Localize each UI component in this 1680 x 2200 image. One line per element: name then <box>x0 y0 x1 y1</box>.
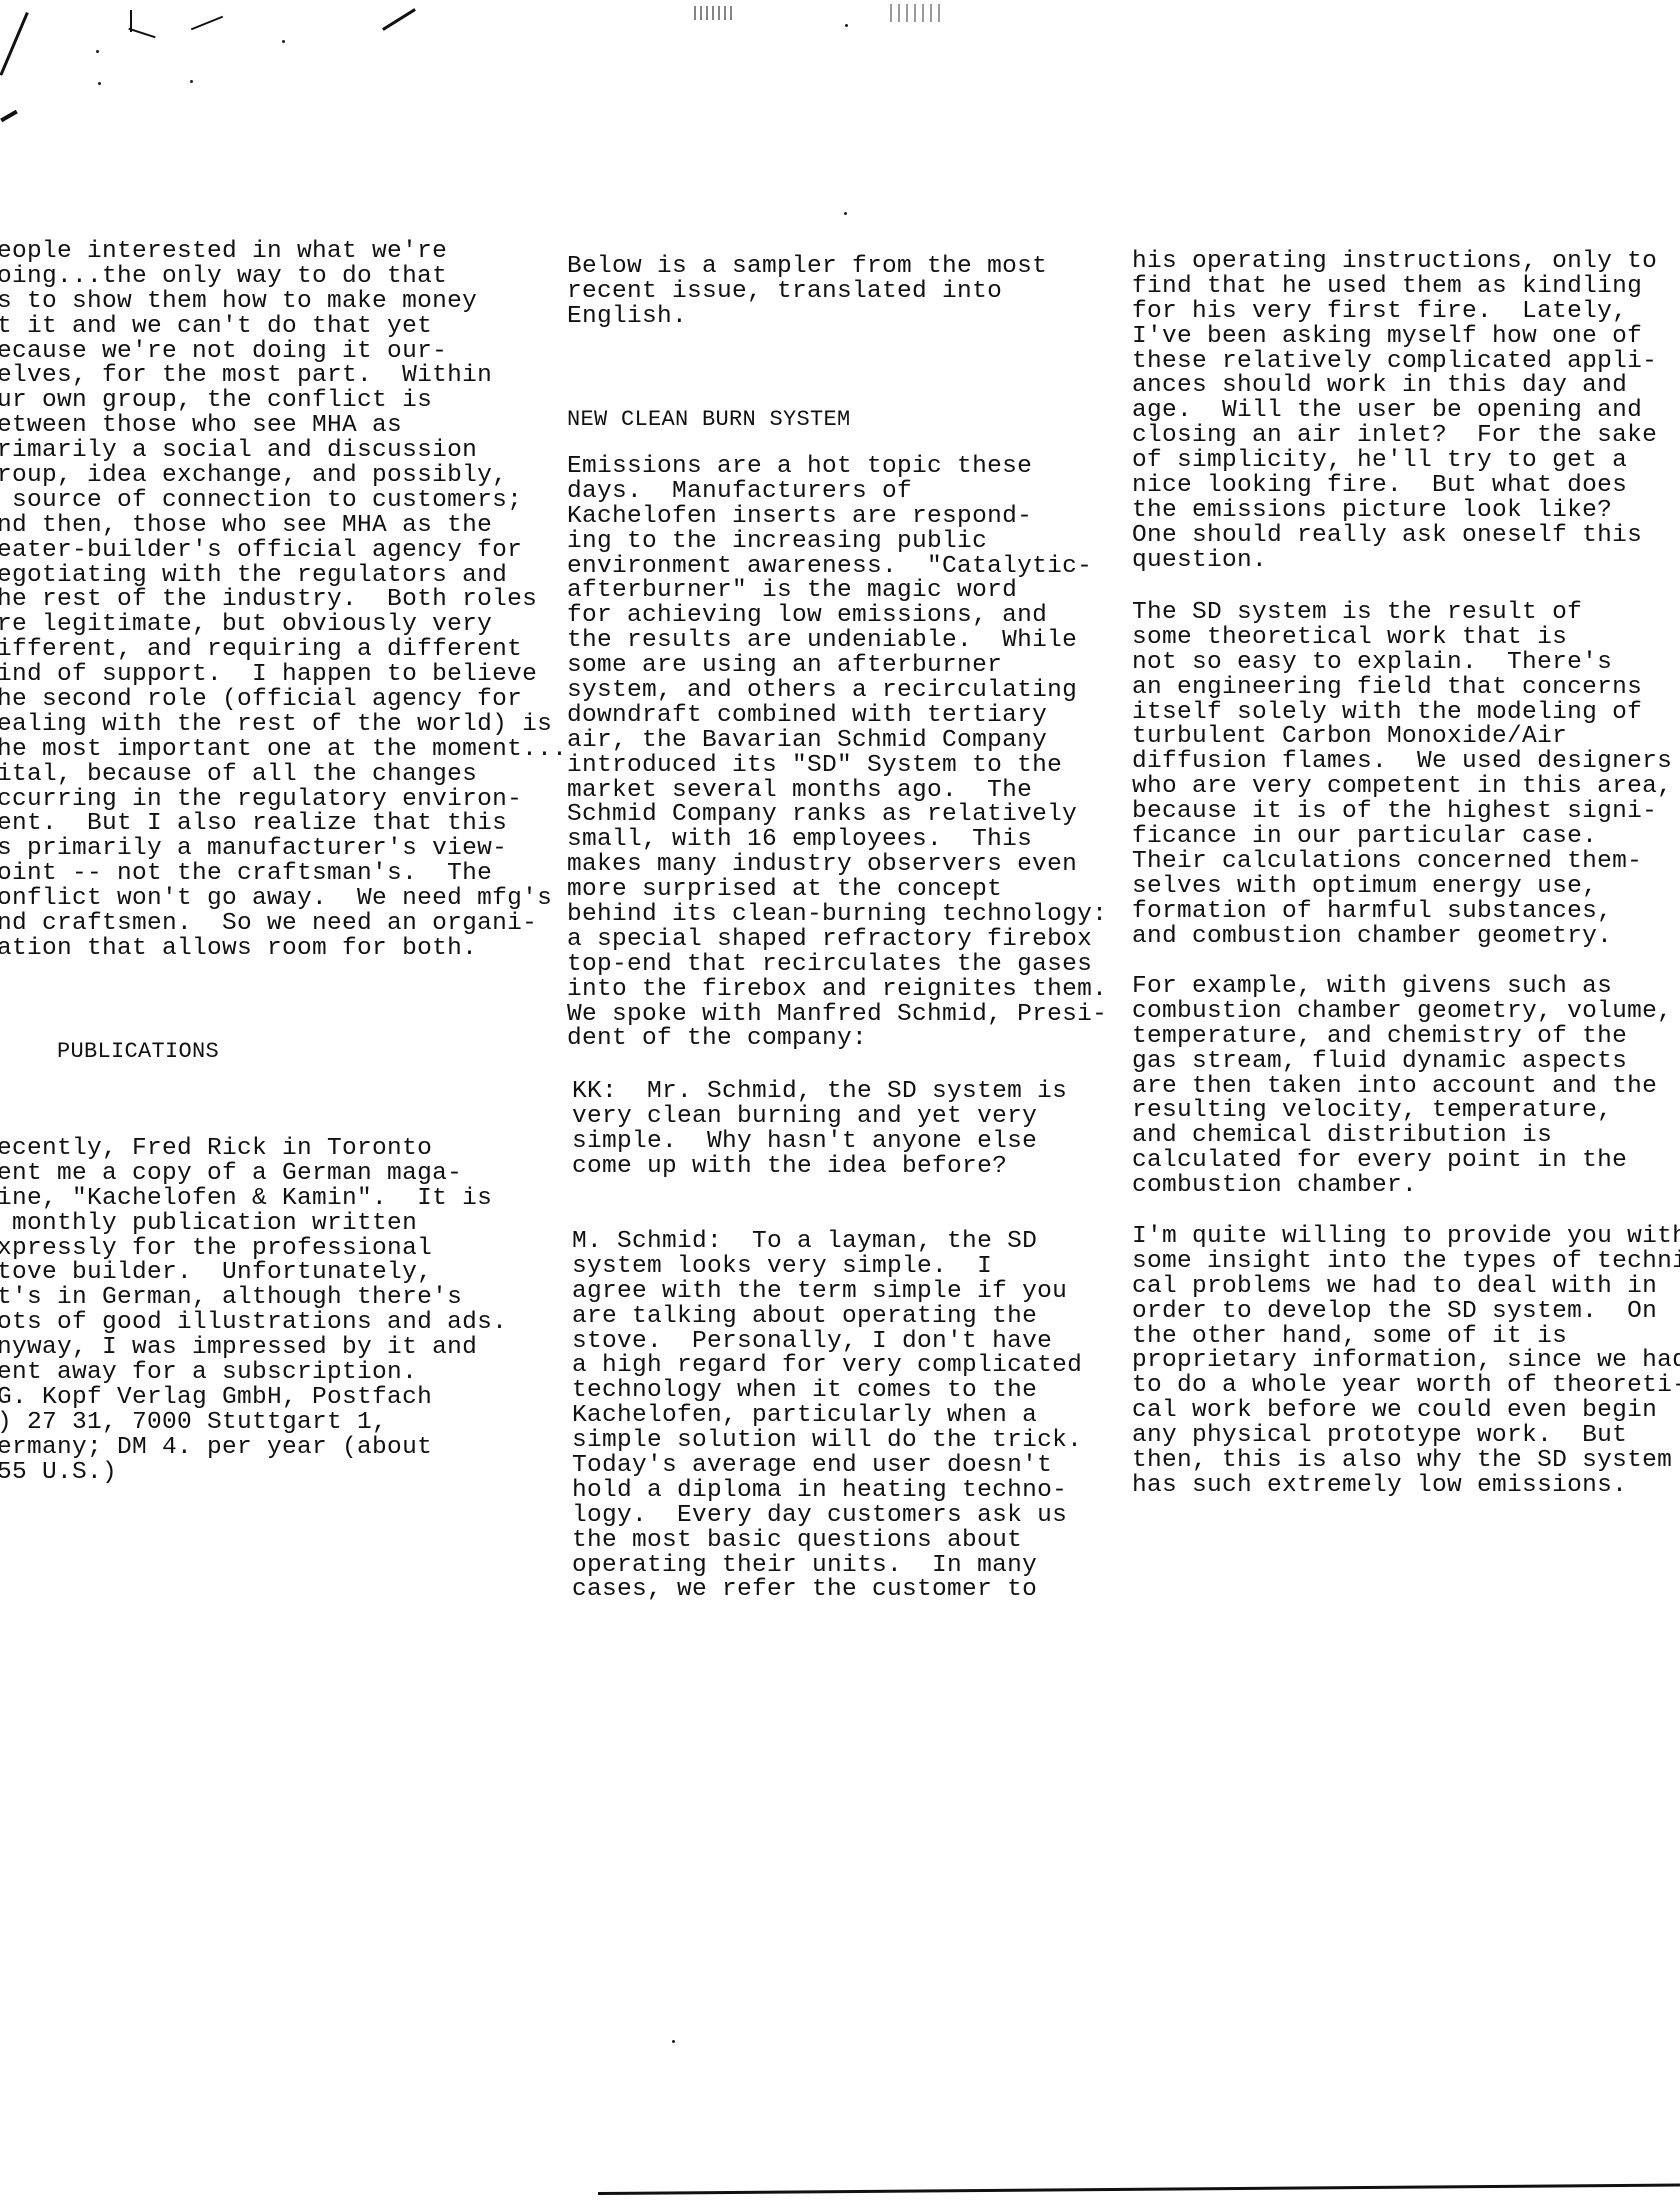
text-line: combustion chamber geometry, volume, <box>1132 1000 1672 1025</box>
text-line: some insight into the types of techni- <box>1132 1250 1680 1275</box>
text-line: proprietary information, since we had <box>1132 1349 1680 1374</box>
text-line: introduced its "SD" System to the <box>567 754 1107 779</box>
scan-speck <box>672 2040 675 2043</box>
text-line: oing...the only way to do that <box>0 265 567 290</box>
text-line: tove builder. Unfortunately, <box>0 1261 507 1286</box>
scan-artifact-mark <box>128 28 155 39</box>
text-line: Today's average end user doesn't <box>572 1454 1082 1479</box>
text-line: M. Schmid: To a layman, the SD <box>572 1230 1082 1255</box>
text-line: the results are undeniable. While <box>567 629 1107 654</box>
text-line: xpressly for the professional <box>0 1237 507 1262</box>
text-line: eople interested in what we're <box>0 240 567 265</box>
text-line: closing an air inlet? For the sake <box>1132 424 1657 449</box>
scan-artifact-mark <box>191 16 223 31</box>
scan-artifact-slash <box>0 12 29 76</box>
text-line: he most important one at the moment... <box>0 738 567 763</box>
text-line: One should really ask oneself this <box>1132 524 1657 549</box>
scan-artifact-mark <box>0 110 18 122</box>
text-line: s primarily a manufacturer's view- <box>0 837 567 862</box>
article-heading: NEW CLEAN BURN SYSTEM <box>567 408 851 433</box>
text-line: has such extremely low emissions. <box>1132 1474 1680 1499</box>
scan-artifact-mark <box>382 8 416 31</box>
text-line: Emissions are a hot topic these <box>567 455 1107 480</box>
text-line: ind of support. I happen to believe <box>0 663 567 688</box>
text-line: calculated for every point in the <box>1132 1149 1672 1174</box>
text-line: any physical prototype work. But <box>1132 1424 1680 1449</box>
text-line: nyway, I was impressed by it and <box>0 1336 507 1361</box>
bottom-rule-line <box>598 2184 1680 2195</box>
text-line: cases, we refer the customer to <box>572 1578 1082 1603</box>
interview-question: KK: Mr. Schmid, the SD system isvery cle… <box>572 1080 1067 1180</box>
text-line: these relatively complicated appli- <box>1132 350 1657 375</box>
text-line: t's in German, although there's <box>0 1286 507 1311</box>
text-line: days. Manufacturers of <box>567 480 1107 505</box>
text-line: resulting velocity, temperature, <box>1132 1099 1672 1124</box>
text-line: source of connection to customers; <box>0 489 567 514</box>
text-line: question. <box>1132 549 1657 574</box>
text-line: ealing with the rest of the world) is <box>0 713 567 738</box>
text-line: elves, for the most part. Within <box>0 364 567 389</box>
text-line: market several months ago. The <box>567 779 1107 804</box>
text-line: eater-builder's official agency for <box>0 539 567 564</box>
text-line: ermany; DM 4. per year (about <box>0 1436 507 1461</box>
section-heading-publications: PUBLICATIONS <box>57 1040 219 1065</box>
text-line: logy. Every day customers ask us <box>572 1504 1082 1529</box>
text-line: KK: Mr. Schmid, the SD system is <box>572 1080 1067 1105</box>
text-line: some are using an afterburner <box>567 654 1107 679</box>
text-line: Below is a sampler from the most <box>567 255 1047 280</box>
text-line: recent issue, translated into <box>567 280 1047 305</box>
text-line: formation of harmful substances, <box>1132 900 1672 925</box>
text-line: rimarily a social and discussion <box>0 439 567 464</box>
text-line: downdraft combined with tertiary <box>567 704 1107 729</box>
text-line: roup, idea exchange, and possibly, <box>0 464 567 489</box>
text-line: ances should work in this day and <box>1132 374 1657 399</box>
text-line: he second role (official agency for <box>0 688 567 713</box>
text-line: to do a whole year worth of theoreti- <box>1132 1374 1680 1399</box>
technical-problems-paragraph: I'm quite willing to provide you withsom… <box>1132 1225 1680 1499</box>
text-line: ecause we're not doing it our- <box>0 340 567 365</box>
text-line: ficance in our particular case. <box>1132 825 1672 850</box>
text-line: ur own group, the conflict is <box>0 389 567 414</box>
text-line: age. Will the user be opening and <box>1132 399 1657 424</box>
text-line: Schmid Company ranks as relatively <box>567 803 1107 828</box>
text-line: small, with 16 employees. This <box>567 828 1107 853</box>
sampler-intro: Below is a sampler from the mostrecent i… <box>567 255 1047 330</box>
text-line: ital, because of all the changes <box>0 763 567 788</box>
text-line: are talking about operating the <box>572 1305 1082 1330</box>
text-line: selves with optimum energy use, <box>1132 875 1672 900</box>
text-line: a special shaped refractory firebox <box>567 928 1107 953</box>
text-line: system, and others a recirculating <box>567 679 1107 704</box>
scan-speck <box>190 80 193 83</box>
scan-artifact-noise <box>694 6 734 20</box>
scan-speck <box>844 212 847 215</box>
text-line: oint -- not the craftsman's. The <box>0 862 567 887</box>
example-paragraph: For example, with givens such ascombusti… <box>1132 975 1672 1199</box>
text-line: nd craftsmen. So we need an organi- <box>0 912 567 937</box>
text-line: ent away for a subscription. <box>0 1361 507 1386</box>
publications-text: ecently, Fred Rick in Torontoent me a co… <box>0 1137 507 1485</box>
text-line: nd then, those who see MHA as the <box>0 514 567 539</box>
text-line: then, this is also why the SD system <box>1132 1449 1680 1474</box>
text-line: G. Kopf Verlag GmbH, Postfach <box>0 1386 507 1411</box>
text-line: s to show them how to make money <box>0 290 567 315</box>
text-line: itself solely with the modeling of <box>1132 701 1672 726</box>
text-line: because it is of the highest signi- <box>1132 800 1672 825</box>
text-line: ) 27 31, 7000 Stuttgart 1, <box>0 1411 507 1436</box>
sd-system-paragraph: The SD system is the result ofsome theor… <box>1132 601 1672 949</box>
text-line: agree with the term simple if you <box>572 1280 1082 1305</box>
text-line: English. <box>567 305 1047 330</box>
text-line: egotiating with the regulators and <box>0 564 567 589</box>
article-intro: Emissions are a hot topic thesedays. Man… <box>567 455 1107 1052</box>
text-line: top-end that recirculates the gases <box>567 953 1107 978</box>
text-line: cal problems we had to deal with in <box>1132 1275 1680 1300</box>
text-line: I'm quite willing to provide you with <box>1132 1225 1680 1250</box>
text-line: and combustion chamber geometry. <box>1132 925 1672 950</box>
text-line: some theoretical work that is <box>1132 626 1672 651</box>
text-line: the most basic questions about <box>572 1529 1082 1554</box>
scan-speck <box>282 40 285 43</box>
text-line: ccurring in the regulatory environ- <box>0 788 567 813</box>
text-line: temperature, and chemistry of the <box>1132 1025 1672 1050</box>
text-line: a high regard for very complicated <box>572 1354 1082 1379</box>
text-line: diffusion flames. We used designers <box>1132 750 1672 775</box>
text-line: environment awareness. "Catalytic- <box>567 555 1107 580</box>
scan-artifact-noise <box>890 4 940 22</box>
text-line: are then taken into account and the <box>1132 1075 1672 1100</box>
text-line: system looks very simple. I <box>572 1255 1082 1280</box>
text-line: he rest of the industry. Both roles <box>0 588 567 613</box>
text-line: simple. Why hasn't anyone else <box>572 1130 1067 1155</box>
text-line: ecently, Fred Rick in Toronto <box>0 1137 507 1162</box>
text-line: into the firebox and reignites them. <box>567 978 1107 1003</box>
text-line: come up with the idea before? <box>572 1155 1067 1180</box>
text-line: stove. Personally, I don't have <box>572 1330 1082 1355</box>
text-line: Kachelofen inserts are respond- <box>567 505 1107 530</box>
text-line: operating their units. In many <box>572 1554 1082 1579</box>
text-line: his operating instructions, only to <box>1132 250 1657 275</box>
text-line: ent me a copy of a German maga- <box>0 1162 507 1187</box>
text-line: very clean burning and yet very <box>572 1105 1067 1130</box>
text-line: gas stream, fluid dynamic aspects <box>1132 1050 1672 1075</box>
text-line: the emissions picture look like? <box>1132 499 1657 524</box>
text-line: for his very first fire. Lately, <box>1132 300 1657 325</box>
text-line: hold a diploma in heating techno- <box>572 1479 1082 1504</box>
text-line: not so easy to explain. There's <box>1132 651 1672 676</box>
text-line: ing to the increasing public <box>567 530 1107 555</box>
text-line: ent. But I also realize that this <box>0 812 567 837</box>
text-line: technology when it comes to the <box>572 1379 1082 1404</box>
text-line: I've been asking myself how one of <box>1132 325 1657 350</box>
text-line: We spoke with Manfred Schmid, Presi- <box>567 1003 1107 1028</box>
text-line: nice looking fire. But what does <box>1132 474 1657 499</box>
scan-artifact-mark <box>130 10 132 32</box>
text-line: more surprised at the concept <box>567 878 1107 903</box>
text-line: turbulent Carbon Monoxide/Air <box>1132 725 1672 750</box>
text-line: cal work before we could even begin <box>1132 1399 1680 1424</box>
text-line: behind its clean-burning technology: <box>567 903 1107 928</box>
text-line: simple solution will do the trick. <box>572 1429 1082 1454</box>
text-line: afterburner" is the magic word <box>567 579 1107 604</box>
text-line: Kachelofen, particularly when a <box>572 1404 1082 1429</box>
text-line: of simplicity, he'll try to get a <box>1132 449 1657 474</box>
text-line: an engineering field that concerns <box>1132 676 1672 701</box>
text-line: combustion chamber. <box>1132 1174 1672 1199</box>
text-line: makes many industry observers even <box>567 853 1107 878</box>
text-line: for achieving low emissions, and <box>567 604 1107 629</box>
scan-speck <box>845 24 848 27</box>
text-line: monthly publication written <box>0 1212 507 1237</box>
scan-speck <box>96 50 99 53</box>
text-line: 55 U.S.) <box>0 1461 507 1486</box>
text-line: re legitimate, but obviously very <box>0 613 567 638</box>
left-column-continued-text: eople interested in what we'reoing...the… <box>0 240 567 962</box>
text-line: the other hand, some of it is <box>1132 1325 1680 1350</box>
text-line: order to develop the SD system. On <box>1132 1300 1680 1325</box>
text-line: etween those who see MHA as <box>0 414 567 439</box>
text-line: air, the Bavarian Schmid Company <box>567 729 1107 754</box>
text-line: who are very competent in this area, <box>1132 775 1672 800</box>
text-line: find that he used them as kindling <box>1132 275 1657 300</box>
text-line: dent of the company: <box>567 1027 1107 1052</box>
text-line: ation that allows room for both. <box>0 937 567 962</box>
scan-speck <box>98 82 101 85</box>
text-line: For example, with givens such as <box>1132 975 1672 1000</box>
text-line: The SD system is the result of <box>1132 601 1672 626</box>
text-line: t it and we can't do that yet <box>0 315 567 340</box>
text-line: Their calculations concerned them- <box>1132 850 1672 875</box>
answer-continued-paragraph: his operating instructions, only tofind … <box>1132 250 1657 574</box>
text-line: ots of good illustrations and ads. <box>0 1311 507 1336</box>
text-line: and chemical distribution is <box>1132 1124 1672 1149</box>
text-line: ifferent, and requiring a different <box>0 638 567 663</box>
text-line: ine, "Kachelofen & Kamin". It is <box>0 1187 507 1212</box>
text-line: onflict won't go away. We need mfg's <box>0 887 567 912</box>
interview-answer: M. Schmid: To a layman, the SDsystem loo… <box>572 1230 1082 1603</box>
